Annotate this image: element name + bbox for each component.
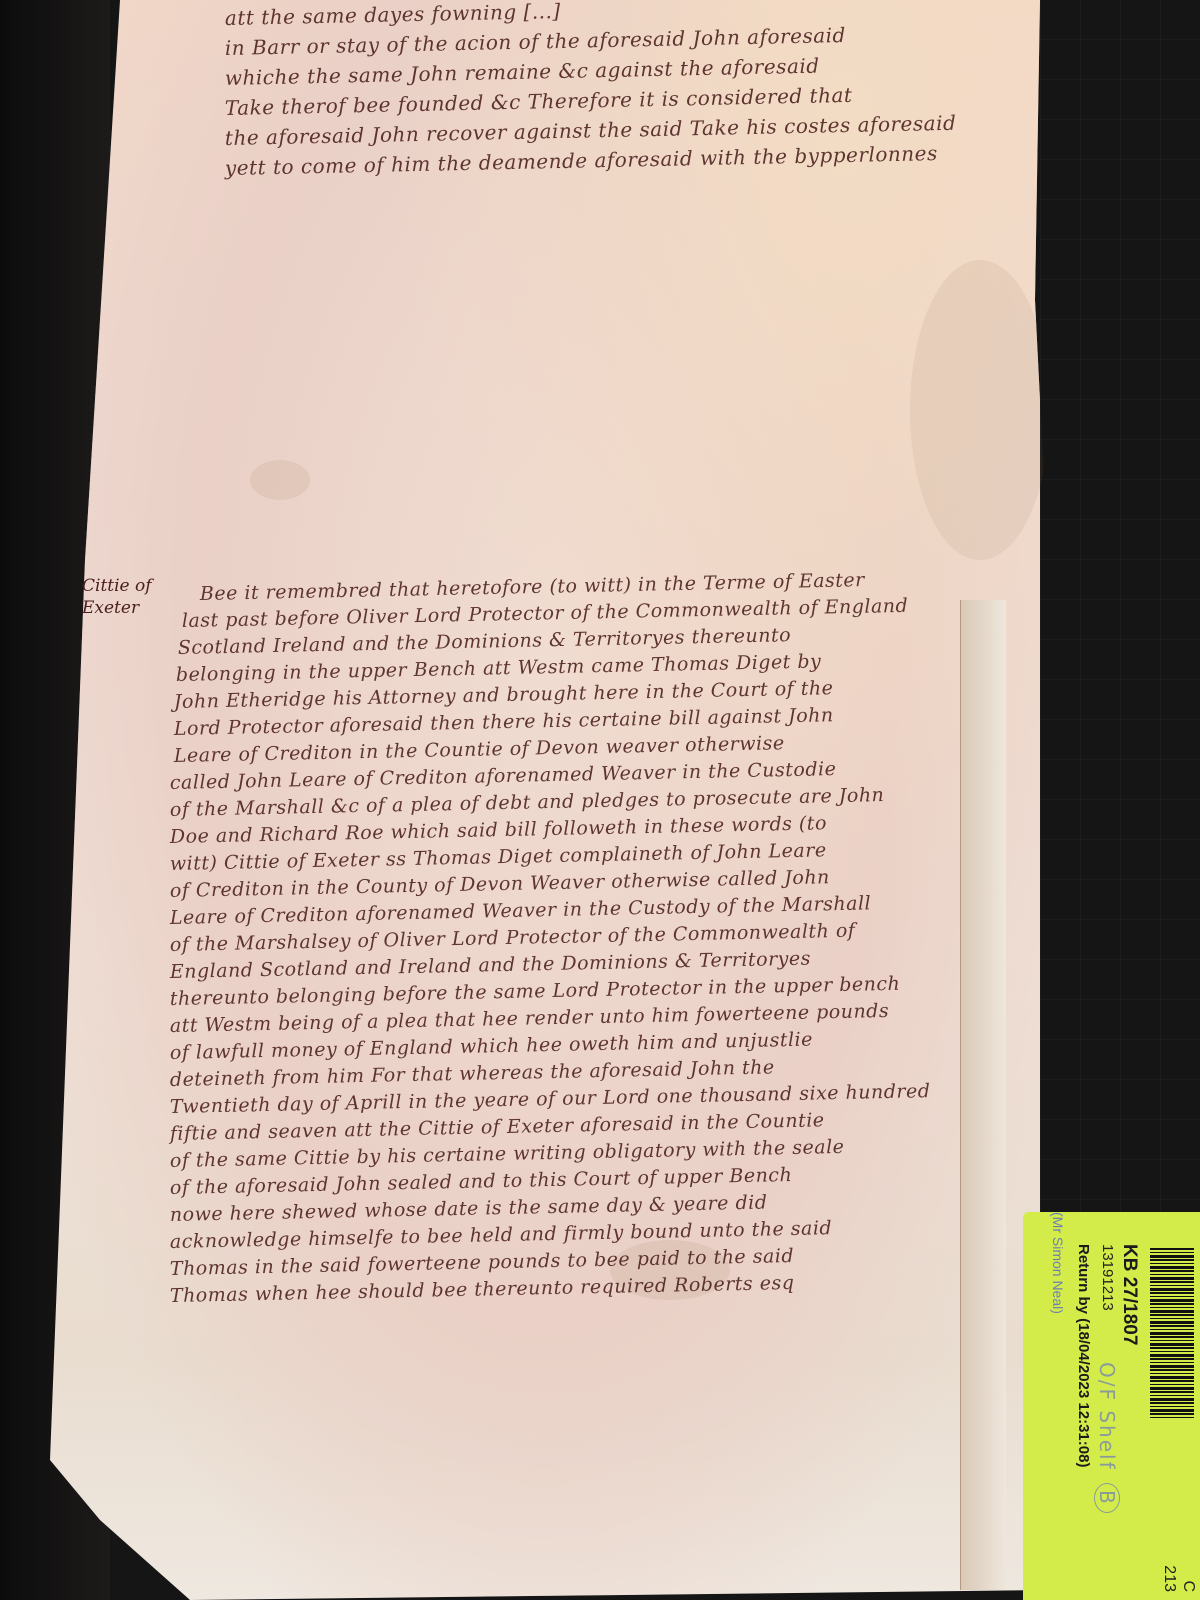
folded-edge — [960, 600, 1006, 1590]
shelf-note-text: O/F Shelf — [1095, 1362, 1119, 1471]
item-id: 13191213 — [1099, 1244, 1116, 1311]
location-code-line: C — [1179, 1512, 1198, 1592]
document-reference: KB 27/1807 — [1118, 1244, 1140, 1345]
margin-note: Cittie of Exeter — [82, 575, 152, 619]
location-code-line: 213 — [1160, 1512, 1179, 1592]
archive-request-tag: KB 27/1807 13191213 Return by (18/04/202… — [1023, 1212, 1200, 1600]
margin-note-line: Exeter — [82, 597, 152, 619]
handwritten-shelf-note: O/F Shelf B — [1094, 1362, 1120, 1513]
manuscript-main-block: Bee it remembred that heretofore (to wit… — [170, 585, 931, 1314]
margin-note-line: Cittie of — [82, 575, 152, 597]
manuscript-top-block: att the same dayes fowning [...] in Barr… — [225, 8, 957, 188]
reader-name: (Mr Simon Neal) — [1050, 1212, 1066, 1314]
return-by-date: Return by (18/04/2023 12:31:08) — [1075, 1244, 1092, 1467]
archive-tag-content: KB 27/1807 13191213 Return by (18/04/202… — [1023, 1212, 1200, 1600]
barcode — [1150, 1248, 1194, 1418]
circled-letter: B — [1094, 1483, 1120, 1513]
stain — [250, 460, 310, 500]
stain — [910, 260, 1050, 560]
location-code: C 213 — [1160, 1512, 1198, 1592]
